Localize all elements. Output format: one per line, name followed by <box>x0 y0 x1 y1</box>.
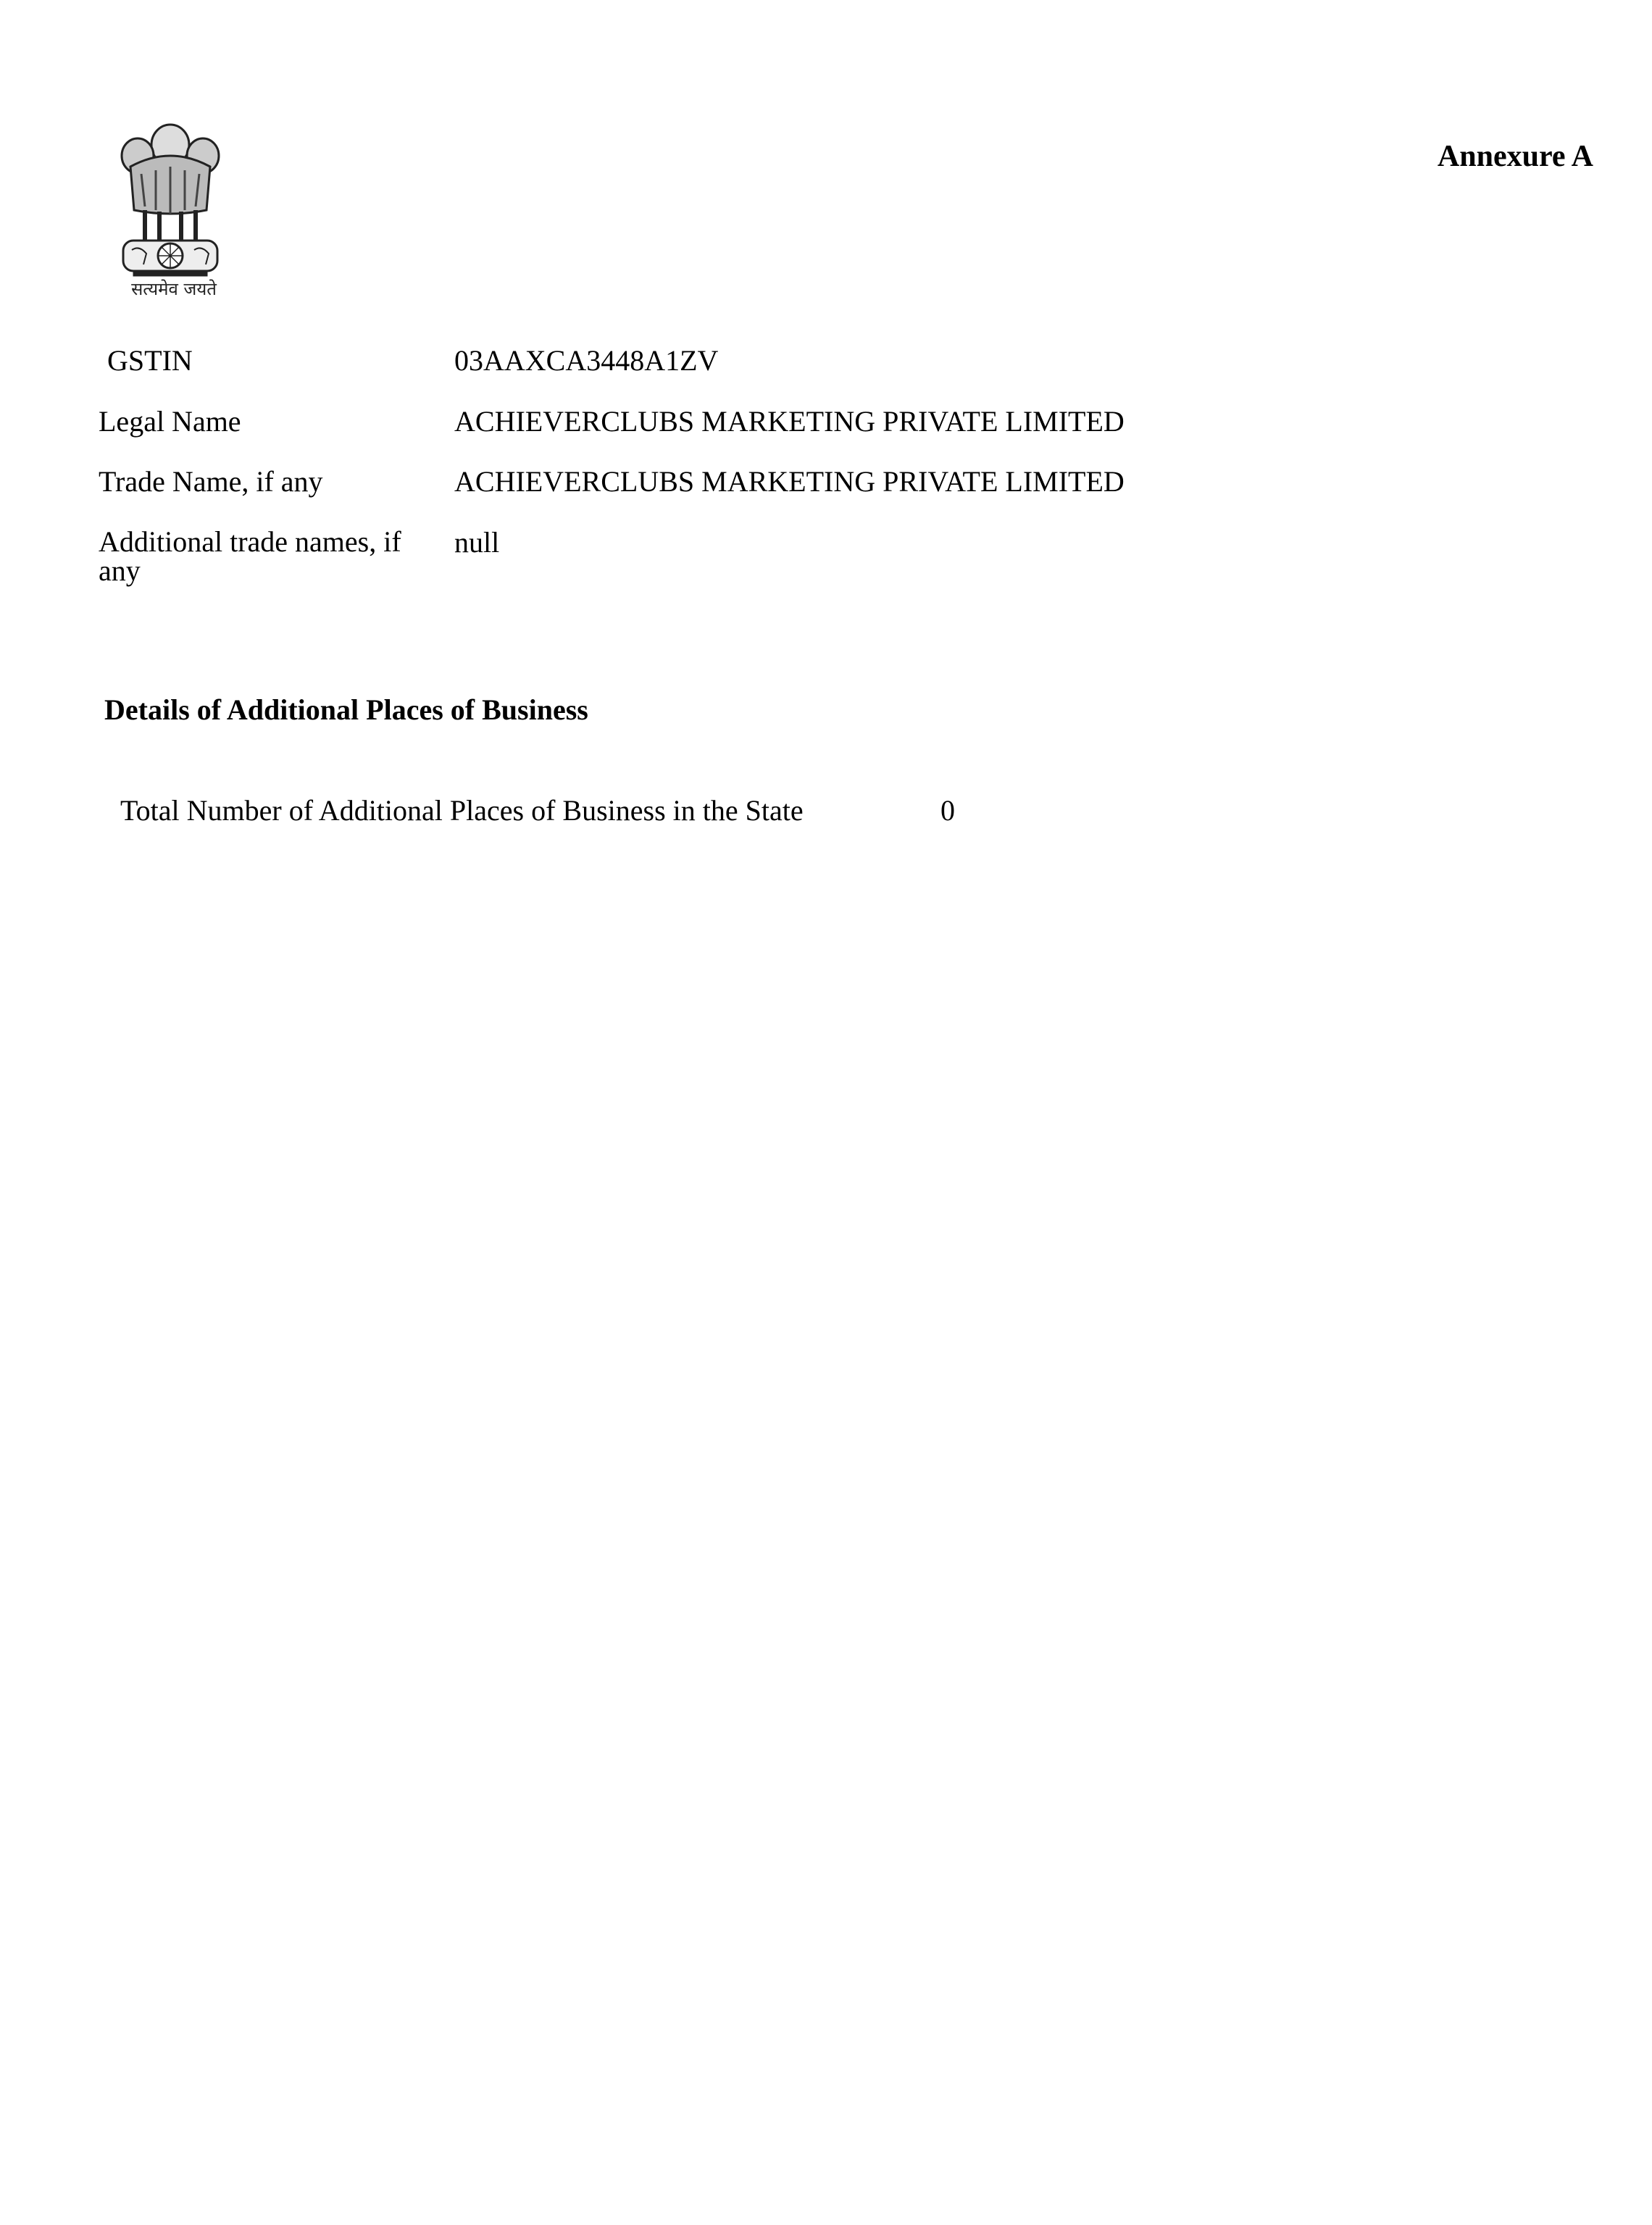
detail-label: GSTIN <box>107 346 448 376</box>
emblem-motto: सत्यमेव जयते <box>116 277 232 301</box>
section-title-additional-places: Details of Additional Places of Business <box>104 693 588 727</box>
total-label: Total Number of Additional Places of Bus… <box>120 793 804 827</box>
annexure-title: Annexure A <box>1438 139 1593 174</box>
total-value: 0 <box>940 793 955 827</box>
detail-value: ACHIEVERCLUBS MARKETING PRIVATE LIMITED <box>454 406 1125 437</box>
detail-label: Additional trade names, if any <box>99 527 439 585</box>
detail-value: 03AAXCA3448A1ZV <box>454 346 718 376</box>
detail-value: ACHIEVERCLUBS MARKETING PRIVATE LIMITED <box>454 467 1125 497</box>
detail-label: Trade Name, if any <box>99 467 439 497</box>
detail-label: Legal Name <box>99 406 439 437</box>
detail-value: null <box>454 527 499 558</box>
